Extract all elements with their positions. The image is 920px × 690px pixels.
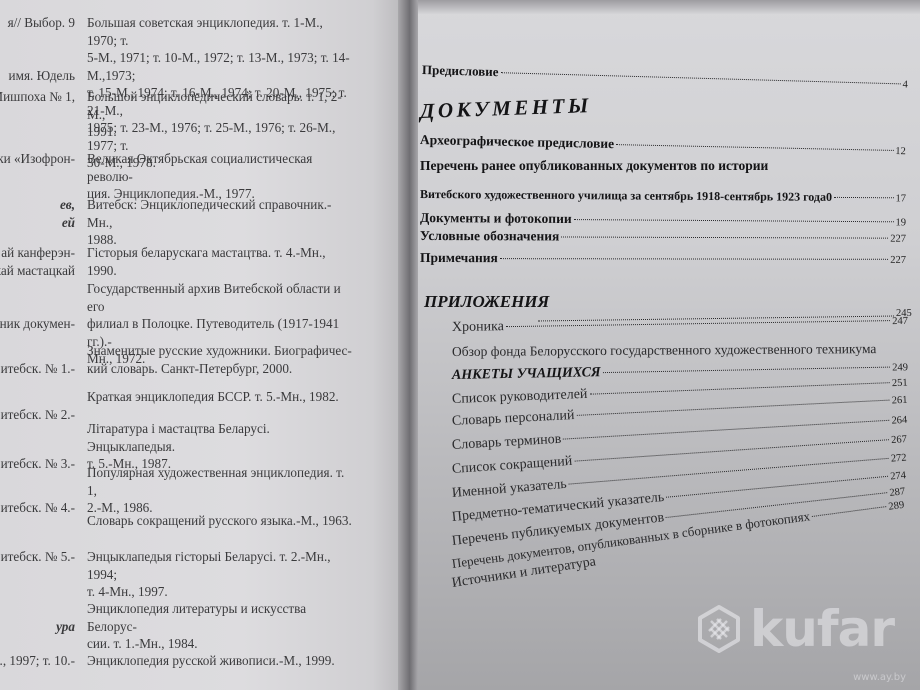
cut-off-left-column-text: Витебск. № 5.- [0,548,75,566]
cut-off-left-column-text: Мишпоха № 1, [0,88,75,106]
dot-leader [576,400,889,416]
toc-item-text: Археографическое предисловие [420,132,614,152]
text-line: Знаменитые русские художники. Биографиче… [87,342,355,360]
toc-item: Примечания227 [420,250,906,267]
text-line: ай канферэн- [0,244,75,262]
toc-item-text: Список руководителей [452,387,588,408]
text-line: 5-М., 1971; т. 10-М., 1972; т. 13-М., 19… [87,49,355,84]
text-line: Государственный архив Витебской области … [87,280,355,315]
bibliography-reference: Энциклопедия русской живописи.-М., 1999. [87,652,355,670]
text-line: я// Выбор. 9 [0,14,75,32]
toc-item: Археографическое предисловие12 [420,132,906,158]
bibliography-reference: Гісторыя беларускага мастацтва. т. 4.-Мн… [87,244,355,279]
cut-off-left-column-text: Витебск. № 2.- [0,388,75,423]
text-line [0,600,75,618]
cut-off-left-column-text [0,512,75,530]
text-line: Великая Октябрьская социалистическая рев… [87,150,355,185]
text-line: Большая советская энциклопедия. т. 1-М.,… [87,14,355,49]
toc-item-page: 251 [892,377,908,389]
dot-leader [506,320,890,327]
kufar-hexagon-logo-icon [696,604,742,654]
left-page: я// Выбор. 9 имя. ЮдельБольшая советская… [0,0,405,690]
toc-item-page: 227 [890,255,906,266]
text-line: Энциклопедия русской живописи.-М., 1999. [87,652,355,670]
toc-item-text: Документы и фотокопии [420,210,572,227]
toc-item-text: Обзор фонда Белорусского государственног… [452,341,877,360]
bibliography-reference: Энцыклапедыя гісторыі Беларусі. т. 2.-Мн… [87,548,355,601]
text-line: Краткая энциклопедия БССР. т. 5.-Мн., 19… [87,388,355,406]
cut-off-left-column-text: ки «Изофрон- [0,150,75,168]
cut-off-left-column-text: оник докумен- [0,280,75,333]
toc-item-page: 17 [895,193,906,204]
text-line: Мишпоха № 1, [0,88,75,106]
toc-item-page: 267 [891,434,907,446]
dot-leader [589,382,890,395]
toc-item-page: 227 [890,234,906,245]
cut-off-left-column-text: ура [0,600,75,635]
text-line: Большой энциклопедический словарь. т. 1,… [87,88,355,123]
cut-off-left-column-text: Витебск. № 4.- [0,464,75,517]
toc-item-page: 247 [892,316,908,327]
text-line: т. 4-Мн., 1997. [87,583,355,601]
cut-off-left-column-text: Витебск. № 1.- [0,342,75,377]
subsection-heading: АНКЕТЫ УЧАЩИХСЯ [452,365,601,384]
text-line: Літаратура і мастацтва Беларусі. Энцыкла… [87,420,355,455]
toc-item-page: 19 [895,217,906,228]
toc-item: Витебского художественного училища за се… [420,187,906,205]
text-line [0,512,75,530]
bibliography-reference: Витебск: Энциклопедический справочник.-М… [87,196,355,249]
text-line: кай мастацкай [0,262,75,280]
kufar-brand-text: kufar [750,600,894,658]
bibliography-reference: Словарь сокращений русского языка.-М., 1… [87,512,355,530]
section-heading-appendices: ПРИЛОЖЕНИЯ [424,292,549,312]
text-line: Гісторыя беларускага мастацтва. т. 4.-Мн… [87,244,355,279]
text-line: кий словарь. Санкт-Петербург, 2000. [87,360,355,378]
toc-item: Условные обозначения227 [420,228,906,246]
text-line [0,482,75,500]
toc-item-text: Перечень ранее опубликованных документов… [420,158,768,174]
table-of-contents: Предисловие 4 ДОКУМЕНТЫ ПРИЛОЖЕНИЯ Архео… [418,0,920,690]
text-line [0,280,75,298]
toc-item-page: 261 [891,395,907,407]
text-line: Энцыклапедыя гісторыі Беларусі. т. 2.-Мн… [87,548,355,583]
text-line: 1991. [87,123,355,141]
toc-item-text: Список сокращений [451,454,572,478]
text-line: н., 1997; т. 10.- [0,652,75,670]
bibliography-reference: Знаменитые русские художники. Биографиче… [87,342,355,377]
toc-item: Перечень ранее опубликованных документов… [420,158,906,174]
toc-item-text: Именной указатель [451,477,567,502]
dot-leader [500,72,900,84]
dot-leader [500,258,888,260]
cut-off-left-column-text: ев,ей [0,196,75,231]
text-line: Витебск: Энциклопедический справочник.-М… [87,196,355,231]
text-line [0,49,75,67]
toc-item-text: Словарь персоналий [452,408,575,430]
text-line [0,420,75,438]
dot-leader [616,144,893,151]
text-line: оник докумен- [0,315,75,333]
dot-leader [574,219,894,222]
text-line: Словарь сокращений русского языка.-М., 1… [87,512,355,530]
bibliography-reference: Энциклопедия литературы и искусства Бело… [87,600,355,653]
toc-item: Документы и фотокопии19 [420,210,906,229]
text-line [0,342,75,360]
text-line [0,388,75,406]
bibliography-reference: Популярная художественная энциклопедия. … [87,464,355,517]
bibliography-reference: Большой энциклопедический словарь. т. 1,… [87,88,355,141]
dot-leader [834,197,893,198]
toc-item-text: Витебского художественного училища за се… [420,187,832,205]
kufar-watermark: kufar [696,600,894,658]
text-line [0,438,75,456]
toc-item-page: 272 [890,452,907,464]
toc-item-page: 12 [895,146,906,157]
toc-item-page: 4 [902,79,908,90]
toc-item-preface: Предисловие 4 [422,62,908,92]
text-line: сии. т. 1.-Мн., 1984. [87,635,355,653]
dot-leader [561,236,888,238]
toc-item: Обзор фонда Белорусского государственног… [452,341,908,360]
text-line [0,464,75,482]
toc-item: Хроника247 [452,313,908,336]
toc-item-text: Примечания [420,250,498,266]
toc-item-text: Словарь терминов [452,432,562,454]
section-heading-documents: ДОКУМЕНТЫ [420,93,593,124]
toc-item-text: Предисловие [422,62,499,80]
text-line: ей [0,214,75,232]
dot-leader [603,367,891,374]
toc-item-page: 274 [890,470,907,482]
text-line: ура [0,618,75,636]
site-watermark: www.ay.by [853,672,906,683]
page-top-edge [418,0,920,14]
toc-item-page: 264 [891,415,907,427]
text-line [0,298,75,316]
text-line: Витебск. № 5.- [0,548,75,566]
toc-item-text: Хроника [452,319,504,336]
text-line: Популярная художественная энциклопедия. … [87,464,355,499]
bibliography-reference: Великая Октябрьская социалистическая рев… [87,150,355,203]
cut-off-left-column-text: я// Выбор. 9 имя. Юдель [0,14,75,84]
toc-item-page: 249 [892,362,908,373]
text-line: ки «Изофрон- [0,150,75,168]
text-line: Витебск. № 1.- [0,360,75,378]
text-line: имя. Юдель [0,67,75,85]
cut-off-left-column-text: ай канферэн-кай мастацкай [0,244,75,279]
toc-item-text: Условные обозначения [420,228,559,244]
text-line: Энциклопедия литературы и искусства Бело… [87,600,355,635]
text-line [0,32,75,50]
right-page: Предисловие 4 ДОКУМЕНТЫ ПРИЛОЖЕНИЯ Архео… [418,0,920,690]
text-line: ев, [0,196,75,214]
bibliography-reference: Краткая энциклопедия БССР. т. 5.-Мн., 19… [87,388,355,406]
cut-off-left-column-text: н., 1997; т. 10.- [0,652,75,670]
